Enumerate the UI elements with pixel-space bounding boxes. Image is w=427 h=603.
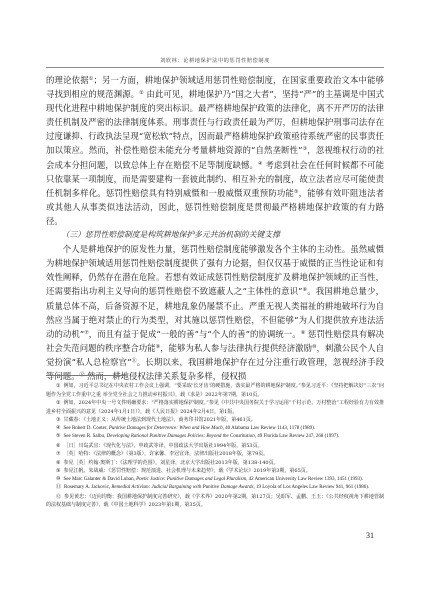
footnote-mark: ⑨ (56, 468, 60, 474)
page-number: 31 (366, 531, 374, 540)
citation-title: Poetic Justice: Punitive Damages and Leg… (136, 477, 246, 482)
footnote-item: ⑤See Steven R. Salbu, Developing Rationa… (46, 433, 384, 442)
footnote-item: ⑧参见［英］约翰·奥斯丁：《法理学的范围》，刘星译，北京大学出版社2013年版，… (46, 459, 384, 468)
footnote-mark: ⑪ (56, 485, 61, 490)
section-heading: （三）惩罚性赔偿制度是构筑耕地保护多元共治机制的关键支撑 (46, 228, 384, 242)
footnote-reference[interactable]: ⑩ (312, 344, 317, 350)
citation-title: Developing Rational Punitive Damages Pol… (107, 434, 255, 439)
paragraph: 个人是耕地保护的原发性力量，惩罚性赔偿制度能够激发各个主体的主动性。虽然威慑为耕… (46, 242, 384, 383)
footnote-item: ⑫参见黄忠：《迈向均衡：我国耕地保护制度完善研究》，载《学术界》2020年第2期… (46, 493, 384, 510)
paragraph-continuation: 的理论依据①；另一方面，耕地保护领域适用惩罚性赔偿制度，在国家重要政治文本中能够… (46, 73, 384, 228)
footnote-item: ①例如，习近平总书记在中央农村工作会议上强调，“要采取‘长牙齿’的硬措施，落实最… (46, 382, 384, 399)
footnote-mark: ⑫ (56, 494, 61, 500)
footnote-item: ②例如，2024年中央一号文件明确要求：“严格落实耕地保护制度。”参见《中共中央… (46, 399, 384, 416)
footnote-mark: ⑤ (56, 434, 60, 439)
footnote-item: ⑩See Marc Galanter & David Luban, Poetic… (46, 476, 384, 485)
body-text: 的理论依据①；另一方面，耕地保护领域适用惩罚性赔偿制度，在国家重要政治文本中能够… (46, 73, 384, 383)
footnote-reference[interactable]: ⑤ (294, 189, 299, 195)
header-rule (46, 67, 384, 68)
footnote-mark: ② (56, 400, 60, 406)
footnote-reference[interactable]: ① (89, 76, 94, 82)
footnote-reference[interactable]: ② (139, 90, 144, 96)
footnote-mark: ④ (56, 426, 60, 431)
footnote-mark: ⑦ (56, 451, 60, 457)
footnote-item: ④See Robert D. Cooter, Punitive Damages … (46, 425, 384, 434)
footnote-reference[interactable]: ⑧ (301, 330, 306, 336)
footnote-item: ⑥［日］川岛武宜：《现代化与法》，申政武等译，中国政法大学出版社1994年版，第… (46, 442, 384, 451)
running-head: 刘欣林：论耕地保护法中的惩罚性赔偿制度 (46, 57, 384, 64)
footnote-mark: ⑥ (56, 443, 60, 449)
footnote-item: ⑦［英］哈特：《法律的概念》（第3版），许家馨、李冠宜译，法律出版社2018年版… (46, 450, 384, 459)
footnote-reference[interactable]: ⑥ (302, 287, 307, 293)
footnote-item: ⑨参见江帆、朱战威：《惩罚性赔偿：规范演进、社会机理与未来趋势》，载《学术论坛》… (46, 467, 384, 476)
citation-title: Punitive Damages for Deterrence: When an… (109, 426, 223, 431)
footnote-reference[interactable]: ⑦ (84, 330, 89, 336)
footnote-reference[interactable]: ⑨ (156, 344, 161, 350)
footnote-rule (46, 375, 126, 376)
footnote-mark: ① (56, 383, 61, 389)
footnote-reference[interactable]: ⑪ (131, 358, 136, 364)
document-page: 刘欣林：论耕地保护法中的惩罚性赔偿制度 的理论依据①；另一方面，耕地保护领域适用… (0, 0, 427, 603)
footnote-mark: ⑩ (56, 477, 60, 482)
footnote-mark: ③ (56, 417, 60, 423)
footnote-reference[interactable]: ③ (302, 146, 307, 152)
footnotes: ①例如，习近平总书记在中央农村工作会议上强调，“要采取‘长牙齿’的硬措施，落实最… (46, 382, 384, 510)
footnote-reference[interactable]: ④ (258, 161, 263, 167)
footnote-mark: ⑧ (56, 460, 60, 466)
footnote-item: ③甘藏春：《土地正义：从传统土地法到现代土地法》，商务印书馆2021年版，第46… (46, 416, 384, 425)
footnote-item: ⑪Rosemary A. Jackovic, Remedial Activism… (46, 484, 384, 493)
citation-title: Remedial Activism: Judicial Bargaining w… (111, 485, 253, 490)
